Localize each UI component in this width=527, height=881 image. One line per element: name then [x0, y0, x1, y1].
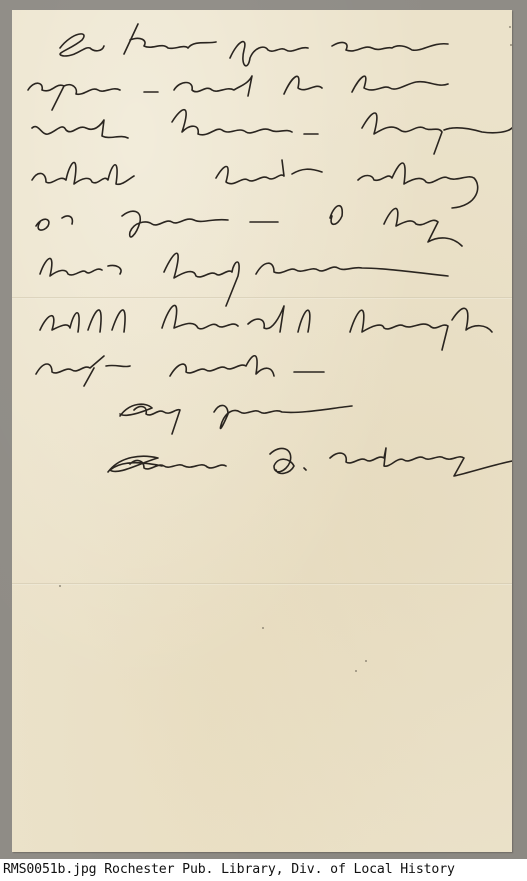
paper-speck	[59, 585, 61, 587]
paper-speck	[262, 627, 264, 629]
image-caption: RMS0051b.jpg Rochester Pub. Library, Div…	[0, 859, 527, 881]
mount-background: So keep your eyes open – and be the real…	[0, 0, 527, 859]
paper-speck	[355, 670, 357, 672]
paper-speck	[365, 660, 367, 662]
fold-line	[12, 583, 512, 585]
handwriting-strokes	[12, 10, 512, 510]
letter-page: So keep your eyes open – and be the real…	[12, 10, 512, 852]
